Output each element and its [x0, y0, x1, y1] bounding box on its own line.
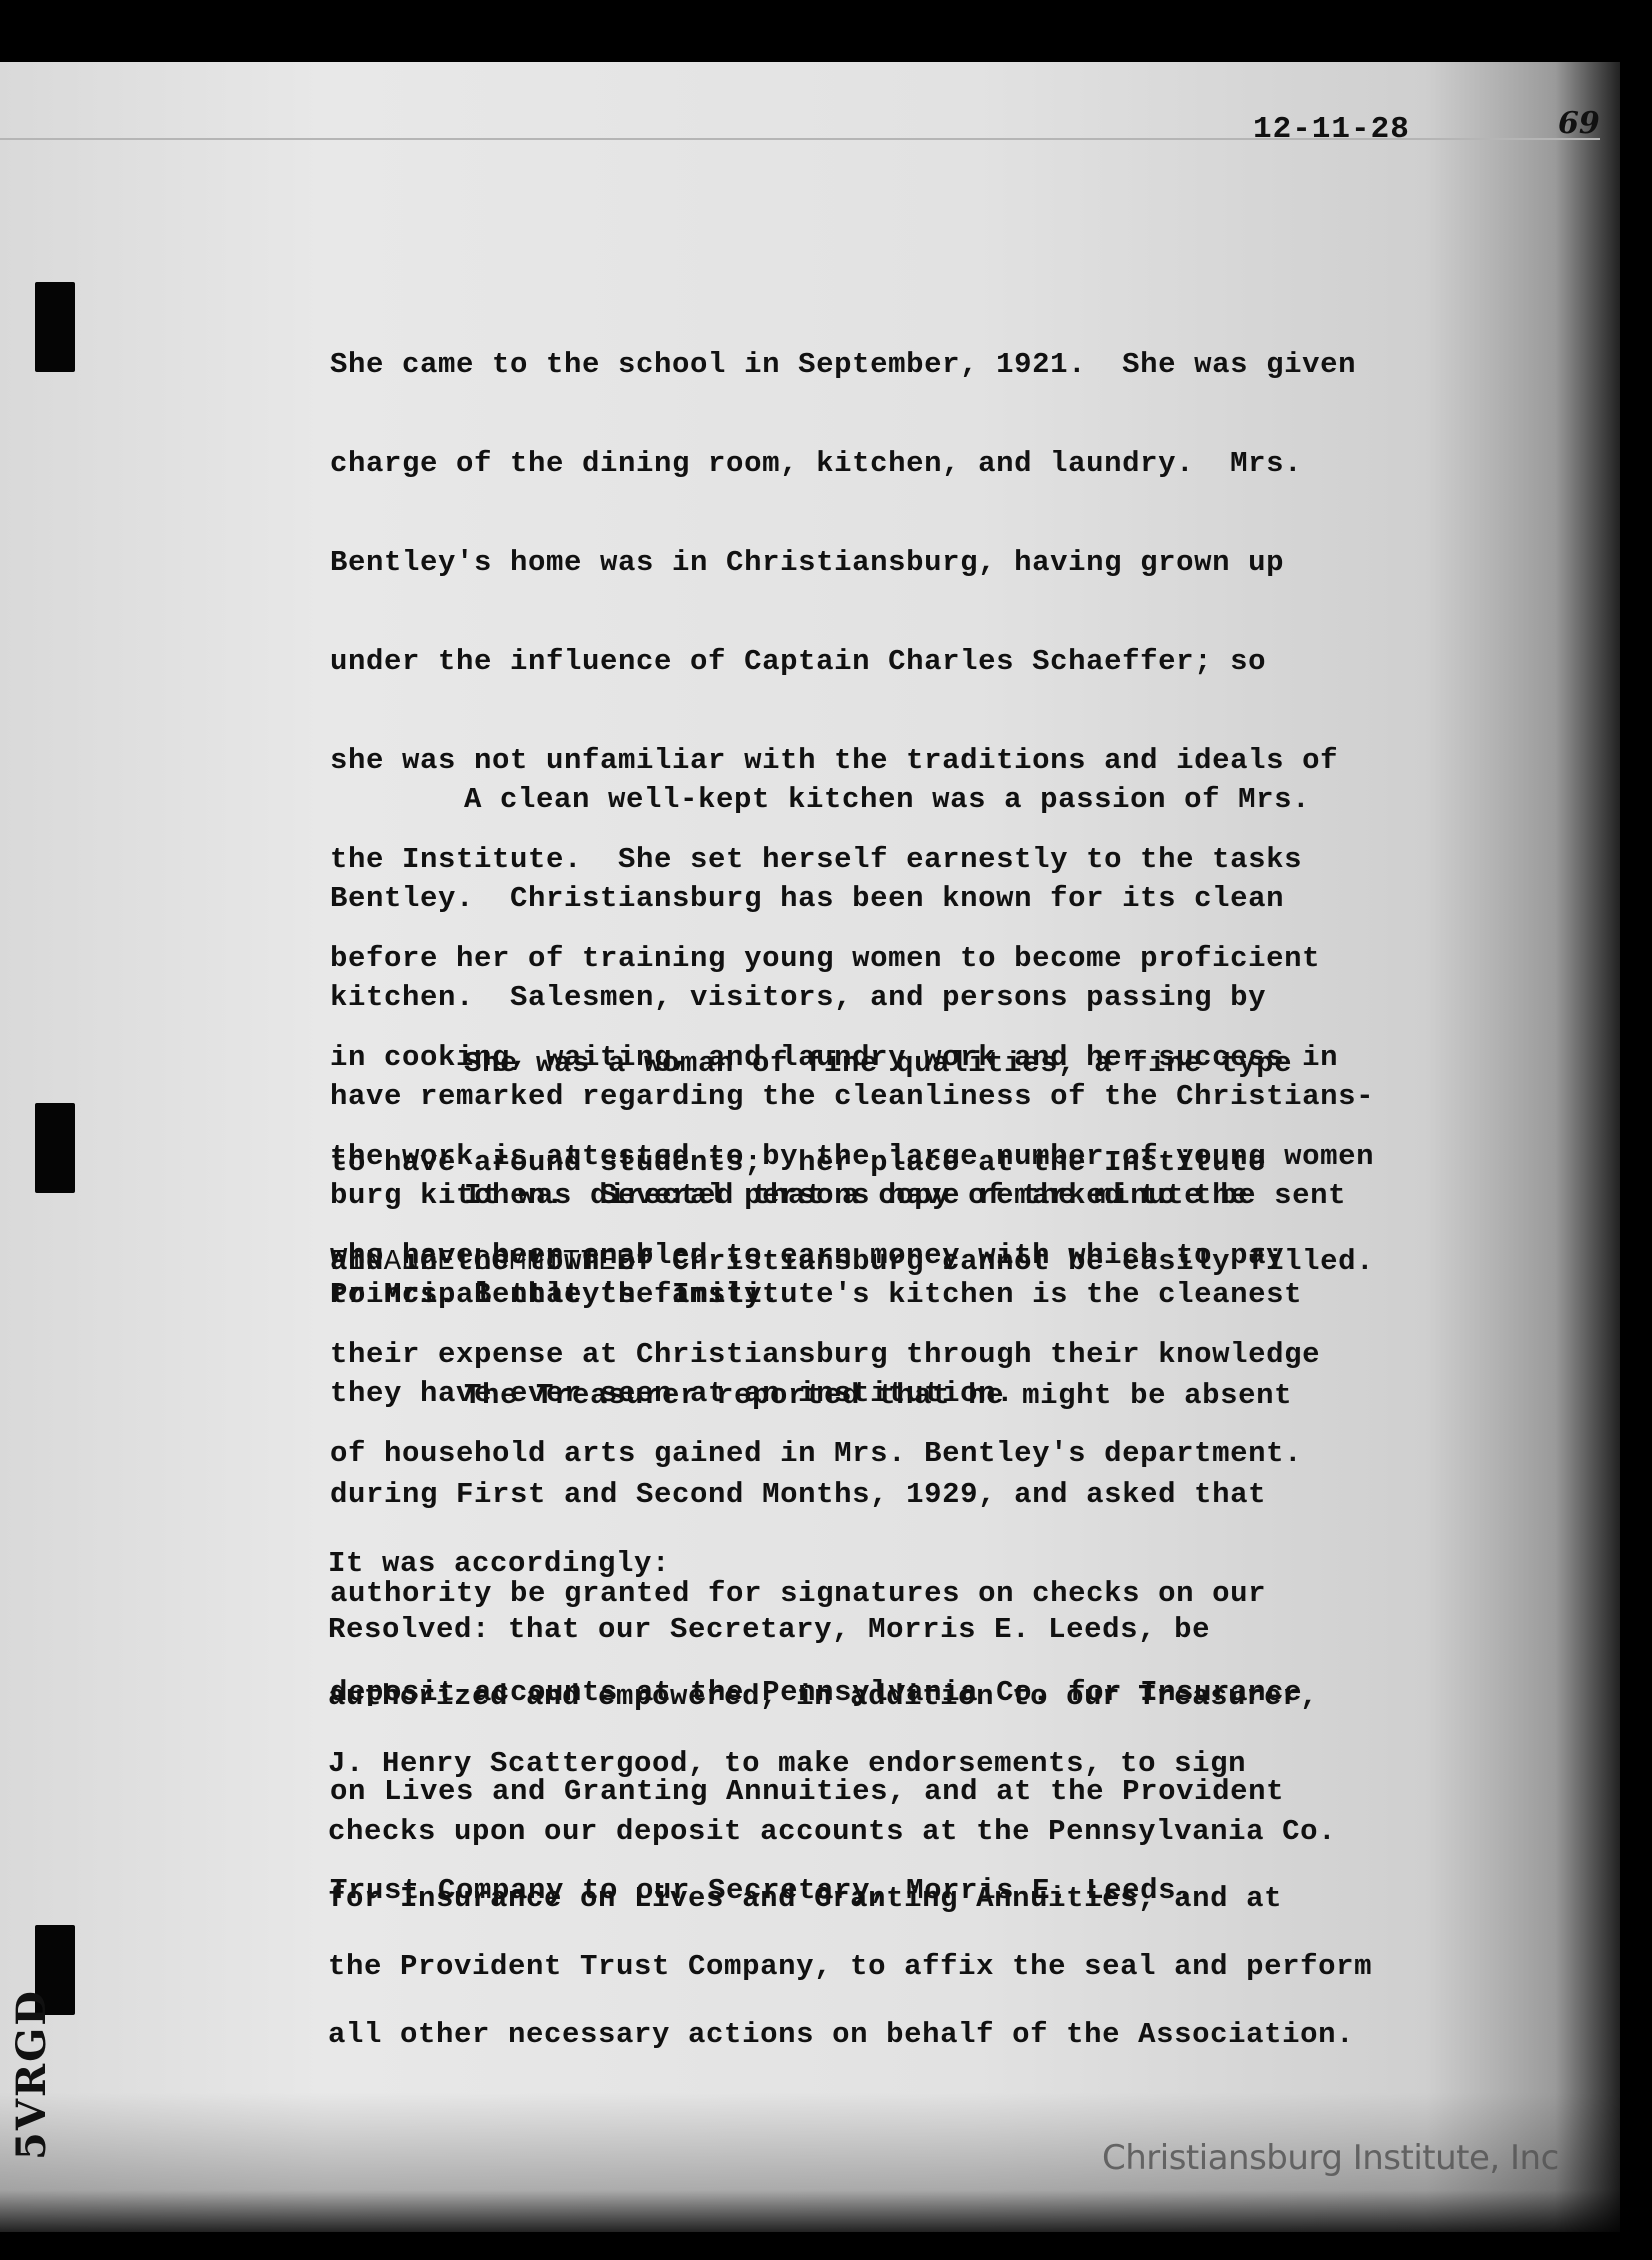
resolution-line: the Provident Trust Company, to affix th… — [328, 1950, 1372, 1983]
text-line: under the influence of Captain Charles S… — [330, 645, 1374, 678]
handwritten-page-number: 69 — [1558, 106, 1600, 141]
resolution-line: checks upon our deposit accounts at the … — [328, 1815, 1336, 1848]
resolution-line: all other necessary actions on behalf of… — [328, 2018, 1354, 2051]
archive-side-code: 5VRGD — [8, 1989, 55, 2160]
resolution-line: J. Henry Scattergood, to make endorsemen… — [328, 1747, 1246, 1780]
text-line: Bentley's home was in Christiansburg, ha… — [330, 546, 1374, 579]
film-marker-top — [35, 282, 75, 372]
text-line: A clean well-kept kitchen was a passion … — [330, 783, 1374, 816]
text-line: She came to the school in September, 192… — [330, 348, 1374, 381]
section-heading: FINANCE COMMITTEE — [330, 1245, 634, 1278]
text-line: charge of the dining room, kitchen, and … — [330, 447, 1374, 480]
resolution-line: for Insurance on Lives and Granting Annu… — [328, 1882, 1282, 1915]
resolution-line: authorized and empowered, in addition to… — [328, 1680, 1318, 1713]
text-line: The Treasurer reported that he might be … — [330, 1379, 1302, 1412]
document-date: 12-11-28 — [1253, 112, 1410, 147]
watermark: Christiansburg Institute, Inc — [1102, 2138, 1559, 2178]
text-line: during First and Second Months, 1929, an… — [330, 1478, 1302, 1511]
text-line: to Mrs. Bentley's family. — [330, 1278, 1346, 1311]
paragraph-4: It was directed that a copy of the minut… — [330, 1113, 1346, 1344]
accordingly-line: It was accordingly: — [328, 1547, 670, 1580]
film-marker-middle — [35, 1103, 75, 1193]
text-line: Bentley. Christiansburg has been known f… — [330, 882, 1374, 915]
text-line: It was directed that a copy of the minut… — [330, 1179, 1346, 1212]
text-line: She was a woman of fine qualities, a fin… — [330, 1047, 1374, 1080]
resolution-line: Resolved: that our Secretary, Morris E. … — [328, 1613, 1210, 1646]
text-line: authority be granted for signatures on c… — [330, 1577, 1302, 1610]
